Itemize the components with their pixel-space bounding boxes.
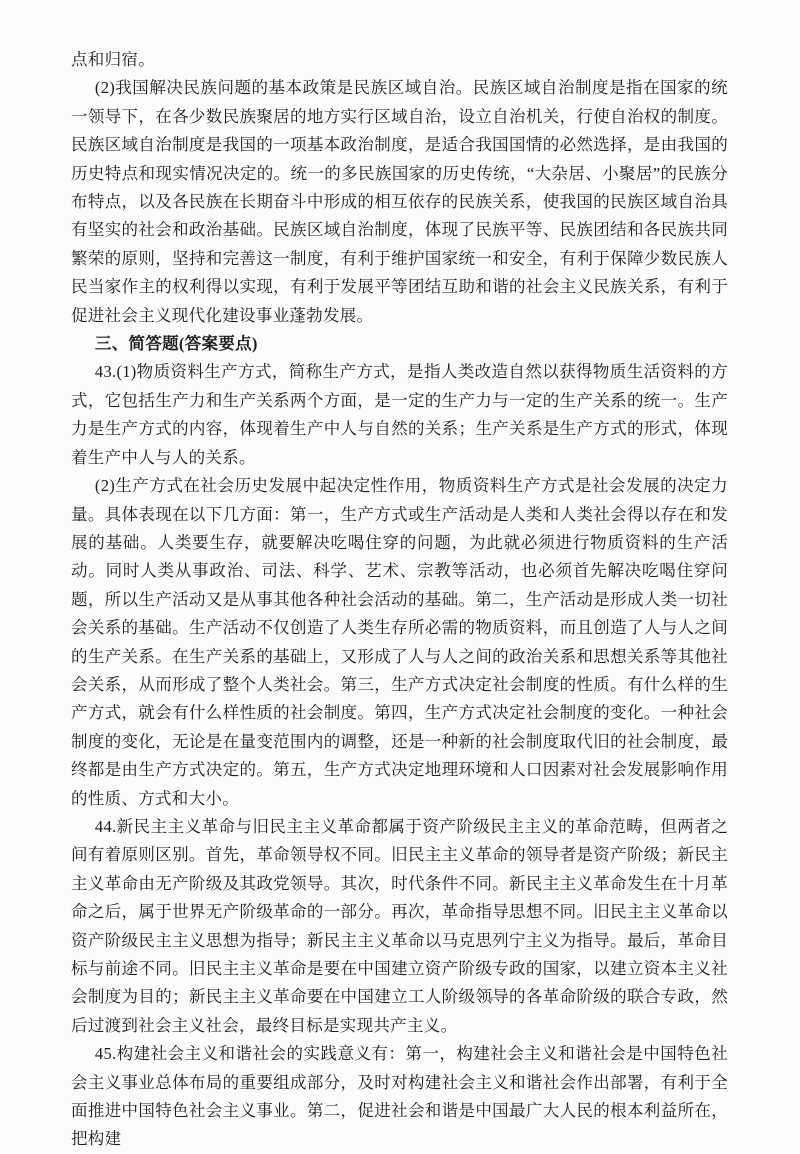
answer-44-paragraph: 44.新民主主义革命与旧民主主义革命都属于资产阶级民主主义的革命范畴，但两者之间… [71, 813, 728, 1040]
answer-42-part2-paragraph: (2)我国解决民族问题的基本政策是民族区域自治。民族区域自治制度是指在国家的统一… [71, 74, 728, 330]
answer-45-paragraph: 45.构建社会主义和谐社会的实践意义有：第一，构建社会主义和谐社会是中国特色社会… [71, 1040, 728, 1145]
answer-43-part1-paragraph: 43.(1)物质资料生产方式，简称生产方式，是指人类改造自然以获得物质生活资料的… [71, 358, 728, 472]
section-heading: 三、简答题(答案要点) [71, 330, 728, 358]
scan-artifact-dot [489, 997, 493, 1001]
scanned-page: 点和归宿。 (2)我国解决民族问题的基本政策是民族区域自治。民族区域自治制度是指… [0, 0, 800, 1145]
continuation-line: 点和归宿。 [71, 46, 728, 74]
answer-43-part2-paragraph: (2)生产方式在社会历史发展中起决定性作用，物质资料生产方式是社会发展的决定力量… [71, 472, 728, 813]
